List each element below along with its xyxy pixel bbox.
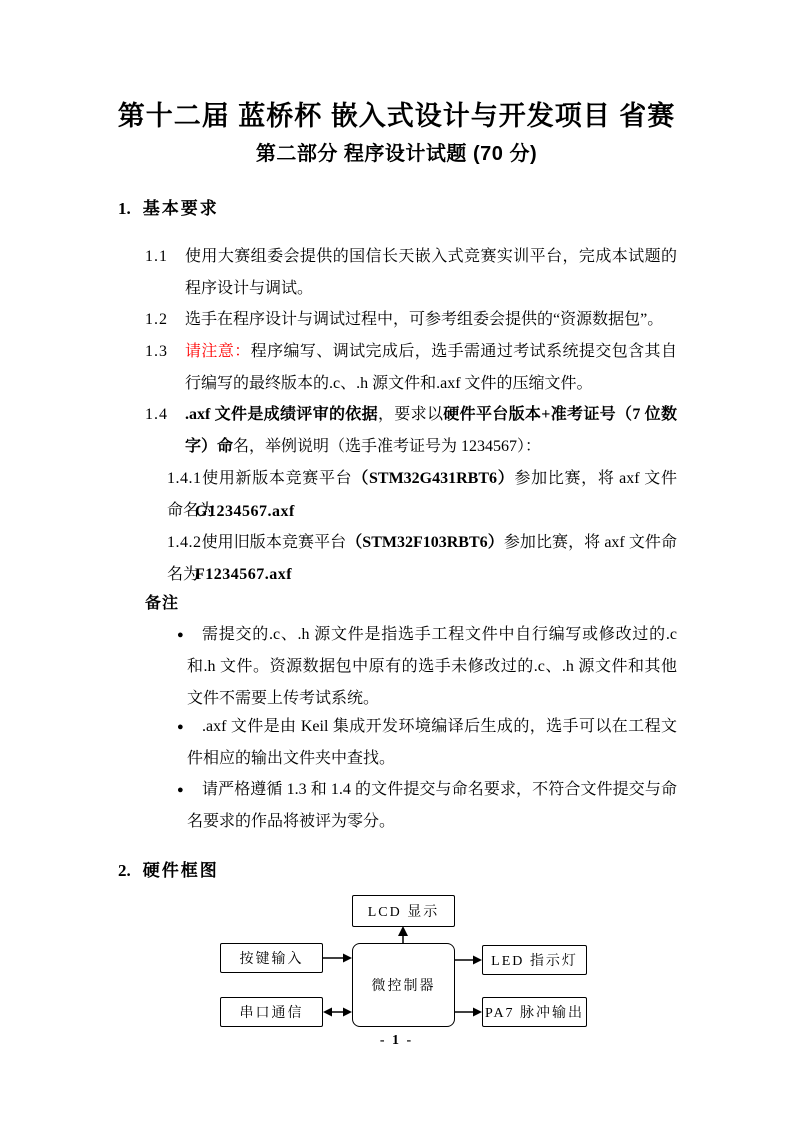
item-number: 1.1 [145,241,168,273]
item-text: 使用大赛组委会提供的国信长天嵌入式竞赛实训平台，完成本试题的程序设计与调试。 [185,241,677,305]
section-2-number: 2. [118,861,131,880]
diagram-box-key-input: 按键输入 [220,943,323,973]
note-text: 请严格遵循 1.3 和 1.4 的文件提交与命名要求，不符合文件提交与命名要求的… [187,781,677,830]
diagram-box-led: LED 指示灯 [482,945,587,975]
bullet-icon: ● [177,774,184,806]
text-segment: 名，举例说明（选手准考证号为 1234567）： [233,438,541,455]
arrow-right-icon [323,954,352,963]
note-item: ●.axf 文件是由 Keil 集成开发环境编译后生成的，选手可以在工程文件相应… [187,711,677,775]
axf-filename-old: F1234567.axf [195,559,292,591]
bullet-icon: ● [177,619,184,651]
note-text: .axf 文件是由 Keil 集成开发环境编译后生成的，选手可以在工程文件相应的… [187,718,677,767]
section-1-title: 基本要求 [143,199,219,218]
section-1-heading: 1.基本要求 [118,197,219,222]
arrow-right-icon [455,956,482,965]
text-segment-bold: （STM32G431RBT6） [352,470,514,487]
item-text: 请注意：程序编写、调试完成后，选手需通过考试系统提交包含其自行编写的最终版本的.… [185,336,677,400]
arrow-up-icon [398,926,408,943]
item-text: 选手在程序设计与调试过程中，可参考组委会提供的“资源数据包”。 [185,304,677,336]
text-segment-bold: （STM32F103RBT6） [346,534,504,551]
text-segment: 程序编写、调试完成后，选手需通过考试系统提交包含其自行编写的最终版本的.c、.h… [185,343,677,392]
list-item-1-1: 1.1 使用大赛组委会提供的国信长天嵌入式竞赛实训平台，完成本试题的程序设计与调… [145,241,677,305]
diagram-box-serial: 串口通信 [220,997,323,1027]
section-2-heading: 2.硬件框图 [118,859,219,884]
page-number: - 1 - [0,1031,793,1051]
section-1-number: 1. [118,199,131,218]
text-segment: 使用新版本竞赛平台 [202,470,353,487]
arrow-right-icon [455,1008,482,1017]
notes-heading: 备注 [145,592,179,616]
note-item: ●需提交的.c、.h 源文件是指选手工程文件中自行编写或修改过的.c 和.h 文… [187,619,677,715]
doc-subtitle: 第二部分 程序设计试题 (70 分) [0,140,793,168]
text-segment: 选手在程序设计与调试过程中，可参考组委会提供的“资源数据包”。 [185,311,663,328]
axf-filename-new: G1234567.axf [195,496,295,528]
diagram-box-pa7-pulse: PA7 脉冲输出 [482,997,587,1027]
bullet-icon: ● [177,711,184,743]
text-segment: 使用旧版本竞赛平台 [202,534,347,551]
document-page: 第十二届 蓝桥杯 嵌入式设计与开发项目 省赛 第二部分 程序设计试题 (70 分… [0,0,793,1122]
list-item-1-4: 1.4 .axf 文件是成绩评审的依据，要求以硬件平台版本+准考证号（7 位数字… [145,399,677,463]
arrow-both-icon [323,1008,352,1017]
text-segment: 使用大赛组委会提供的国信长天嵌入式竞赛实训平台，完成本试题的程序设计与调试。 [185,248,677,297]
item-number: 1.2 [145,304,168,336]
text-segment: ，要求以 [378,406,443,423]
item-number: 1.3 [145,336,168,368]
item-number: 1.4.1 [167,470,202,487]
note-text: 需提交的.c、.h 源文件是指选手工程文件中自行编写或修改过的.c 和.h 文件… [187,626,677,707]
list-item-1-3: 1.3 请注意：程序编写、调试完成后，选手需通过考试系统提交包含其自行编写的最终… [145,336,677,400]
list-item-1-2: 1.2 选手在程序设计与调试过程中，可参考组委会提供的“资源数据包”。 [145,304,677,336]
attention-text-segment: 请注意： [185,343,251,360]
item-text: .axf 文件是成绩评审的依据，要求以硬件平台版本+准考证号（7 位数字）命名，… [185,399,677,463]
diagram-box-mcu: 微控制器 [352,943,455,1027]
doc-title: 第十二届 蓝桥杯 嵌入式设计与开发项目 省赛 [0,100,793,132]
item-number: 1.4.2 [167,534,202,551]
item-number: 1.4 [145,399,168,431]
note-item: ●请严格遵循 1.3 和 1.4 的文件提交与命名要求，不符合文件提交与命名要求… [187,774,677,838]
text-segment-bold: .axf 文件是成绩评审的依据 [185,406,378,423]
diagram-box-lcd: LCD 显示 [352,895,455,927]
section-2-title: 硬件框图 [143,861,219,880]
